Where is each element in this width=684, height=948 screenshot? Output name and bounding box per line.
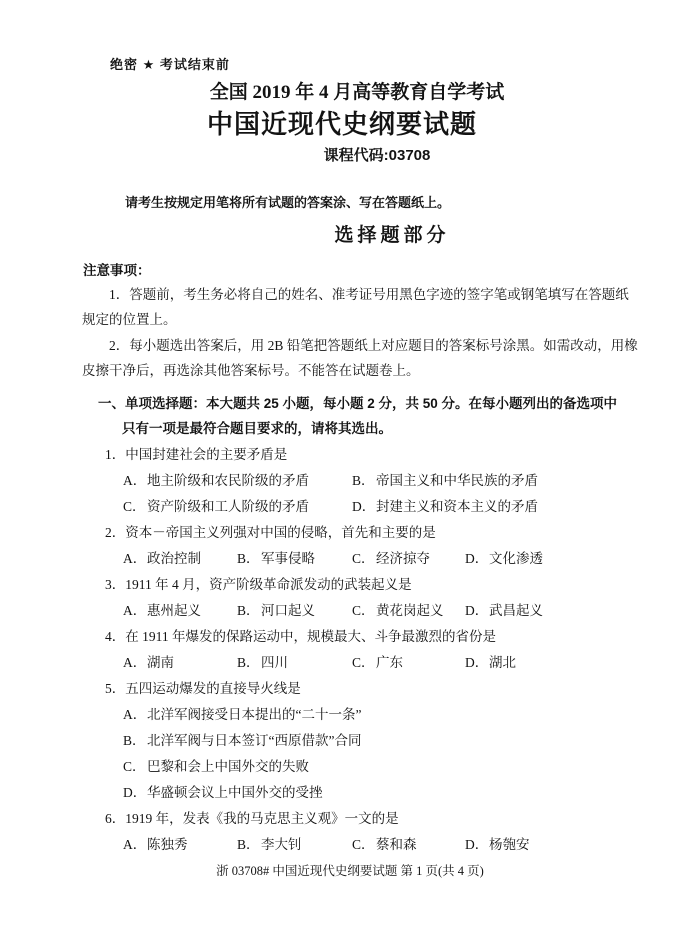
paper-title: 中国近现代史纲要试题 <box>0 108 684 140</box>
option: A．政治控制 <box>123 546 237 572</box>
question-stem: 五四运动爆发的直接导火线是 <box>125 681 301 696</box>
option-text: 华盛顿会议上中国外交的受挫 <box>147 785 323 800</box>
question-stem-line: 2．资本－帝国主义列强对中国的侵略，首先和主要的是 <box>105 520 684 546</box>
instruction-item: 1．答题前，考生务必将自己的姓名、准考证号用黑色字迹的签字笔或钢笔填写在答题纸规… <box>82 282 684 333</box>
option-label: D． <box>465 832 489 858</box>
option: C．黄花岗起义 <box>352 598 465 624</box>
option-label: C． <box>123 494 147 520</box>
option: C．巴黎和会上中国外交的失败 <box>123 754 684 780</box>
option: D．杨匏安 <box>465 832 684 858</box>
classification-label: 绝密 ★ 考试结束前 <box>110 57 684 73</box>
question-number: 2． <box>105 520 125 546</box>
option-label: B． <box>237 832 261 858</box>
option: A．惠州起义 <box>123 598 237 624</box>
question-stem: 1911 年 4 月，资产阶级革命派发动的武装起义是 <box>125 577 411 592</box>
option: C．蔡和森 <box>352 832 465 858</box>
option-label: C． <box>352 650 376 676</box>
question: 1．中国封建社会的主要矛盾是A．地主阶级和农民阶级的矛盾B．帝国主义和中华民族的… <box>105 442 684 520</box>
option-text: 经济掠夺 <box>376 551 430 566</box>
question-stem-line: 3．1911 年 4 月，资产阶级革命派发动的武装起义是 <box>105 572 684 598</box>
instructions-heading: 注意事项： <box>83 262 684 280</box>
option-text: 蔡和森 <box>376 837 417 852</box>
option-label: B． <box>352 468 376 494</box>
option: B．北洋军阀与日本签订“西原借款”合同 <box>123 728 684 754</box>
option: B．李大钊 <box>237 832 352 858</box>
question-stem: 资本－帝国主义列强对中国的侵略，首先和主要的是 <box>125 525 436 540</box>
option: A．地主阶级和农民阶级的矛盾 <box>123 468 352 494</box>
part-one-heading: 一、单项选择题：本大题共 25 小题，每小题 2 分，共 50 分。在每小题列出… <box>98 391 684 442</box>
option-text: 惠州起义 <box>147 603 201 618</box>
question-stem: 在 1911 年爆发的保路运动中，规模最大、斗争最激烈的省份是 <box>125 629 496 644</box>
option-label: D． <box>465 546 489 572</box>
question-number: 3． <box>105 572 125 598</box>
question: 4．在 1911 年爆发的保路运动中，规模最大、斗争最激烈的省份是A．湖南B．四… <box>105 624 684 676</box>
option-label: D． <box>123 780 147 806</box>
question-stem: 中国封建社会的主要矛盾是 <box>125 447 287 462</box>
option: D．湖北 <box>465 650 684 676</box>
option: D．华盛顿会议上中国外交的受挫 <box>123 780 684 806</box>
instruction-line: 1．答题前，考生务必将自己的姓名、准考证号用黑色字迹的签字笔或钢笔填写在答题纸 <box>82 282 684 307</box>
option-label: C． <box>352 598 376 624</box>
part-one-heading-line: 一、单项选择题：本大题共 25 小题，每小题 2 分，共 50 分。在每小题列出… <box>98 391 684 417</box>
option: A．湖南 <box>123 650 237 676</box>
instruction-line: 皮擦干净后，再选涂其他答案标号。不能答在试题卷上。 <box>82 358 684 383</box>
course-code: 课程代码:03708 <box>35 146 684 166</box>
option-text: 军事侵略 <box>261 551 315 566</box>
option-label: C． <box>352 832 376 858</box>
option-label: B． <box>237 598 261 624</box>
option-label: D． <box>352 494 376 520</box>
option: B．帝国主义和中华民族的矛盾 <box>352 468 684 494</box>
option-label: C． <box>352 546 376 572</box>
option-label: A． <box>123 832 147 858</box>
option: C．经济掠夺 <box>352 546 465 572</box>
part-one-heading-line: 只有一项是最符合题目要求的，请将其选出。 <box>98 416 684 442</box>
option-text: 帝国主义和中华民族的矛盾 <box>376 473 538 488</box>
question-number: 1． <box>105 442 125 468</box>
options-group: A．湖南B．四川C．广东D．湖北 <box>123 650 684 676</box>
option-text: 湖北 <box>489 655 516 670</box>
options-group: A．陈独秀B．李大钊C．蔡和森D．杨匏安 <box>123 832 684 858</box>
option-label: D． <box>465 650 489 676</box>
question: 5．五四运动爆发的直接导火线是A．北洋军阀接受日本提出的“二十一条”B．北洋军阀… <box>105 676 684 806</box>
question-stem: 1919 年，发表《我的马克思主义观》一文的是 <box>125 811 398 826</box>
option-text: 地主阶级和农民阶级的矛盾 <box>147 473 309 488</box>
option-text: 四川 <box>261 655 288 670</box>
section-title: 选择题部分 <box>50 223 684 249</box>
option-text: 政治控制 <box>147 551 201 566</box>
questions-list: 1．中国封建社会的主要矛盾是A．地主阶级和农民阶级的矛盾B．帝国主义和中华民族的… <box>105 442 684 858</box>
option-text: 黄花岗起义 <box>376 603 444 618</box>
option-label: C． <box>123 754 147 780</box>
option-label: B． <box>237 650 261 676</box>
exam-paper-page: 绝密 ★ 考试结束前 全国 2019 年 4 月高等教育自学考试 中国近现代史纲… <box>0 0 684 948</box>
option-text: 广东 <box>376 655 403 670</box>
question-number: 6． <box>105 806 125 832</box>
option-text: 封建主义和资本主义的矛盾 <box>376 499 538 514</box>
question-stem-line: 4．在 1911 年爆发的保路运动中，规模最大、斗争最激烈的省份是 <box>105 624 684 650</box>
option: C．广东 <box>352 650 465 676</box>
instruction-line: 规定的位置上。 <box>82 307 684 332</box>
exam-session-title: 全国 2019 年 4 月高等教育自学考试 <box>15 81 684 105</box>
option-label: B． <box>237 546 261 572</box>
option-text: 陈独秀 <box>147 837 188 852</box>
option-text: 资产阶级和工人阶级的矛盾 <box>147 499 309 514</box>
option: A．北洋军阀接受日本提出的“二十一条” <box>123 702 684 728</box>
page-footer: 浙 03708# 中国近现代史纲要试题 第 1 页(共 4 页) <box>8 863 684 880</box>
option: A．陈独秀 <box>123 832 237 858</box>
option: D．文化渗透 <box>465 546 684 572</box>
option-text: 杨匏安 <box>489 837 530 852</box>
option-label: A． <box>123 468 147 494</box>
question: 2．资本－帝国主义列强对中国的侵略，首先和主要的是A．政治控制B．军事侵略C．经… <box>105 520 684 572</box>
answer-sheet-notice: 请考生按规定用笔将所有试题的答案涂、写在答题纸上。 <box>125 194 684 212</box>
options-group: A．惠州起义B．河口起义C．黄花岗起义D．武昌起义 <box>123 598 684 624</box>
instruction-item: 2．每小题选出答案后，用 2B 铅笔把答题纸上对应题目的答案标号涂黑。如需改动，… <box>82 333 684 384</box>
option: C．资产阶级和工人阶级的矛盾 <box>123 494 352 520</box>
option-text: 巴黎和会上中国外交的失败 <box>147 759 309 774</box>
options-group: A．北洋军阀接受日本提出的“二十一条”B．北洋军阀与日本签订“西原借款”合同C．… <box>123 702 684 806</box>
option-text: 北洋军阀接受日本提出的“二十一条” <box>147 707 361 722</box>
option-text: 武昌起义 <box>489 603 543 618</box>
option-label: A． <box>123 598 147 624</box>
option-text: 文化渗透 <box>489 551 543 566</box>
question: 6．1919 年，发表《我的马克思主义观》一文的是A．陈独秀B．李大钊C．蔡和森… <box>105 806 684 858</box>
option: B．河口起义 <box>237 598 352 624</box>
question-stem-line: 1．中国封建社会的主要矛盾是 <box>105 442 684 468</box>
option-text: 李大钊 <box>261 837 302 852</box>
option: D．武昌起义 <box>465 598 684 624</box>
question: 3．1911 年 4 月，资产阶级革命派发动的武装起义是A．惠州起义B．河口起义… <box>105 572 684 624</box>
question-number: 5． <box>105 676 125 702</box>
option-text: 湖南 <box>147 655 174 670</box>
option-label: A． <box>123 546 147 572</box>
option-label: A． <box>123 702 147 728</box>
option-label: B． <box>123 728 147 754</box>
option-label: D． <box>465 598 489 624</box>
question-stem-line: 5．五四运动爆发的直接导火线是 <box>105 676 684 702</box>
instruction-line: 2．每小题选出答案后，用 2B 铅笔把答题纸上对应题目的答案标号涂黑。如需改动，… <box>82 333 684 358</box>
option: B．四川 <box>237 650 352 676</box>
option-text: 北洋军阀与日本签订“西原借款”合同 <box>147 733 361 748</box>
question-number: 4． <box>105 624 125 650</box>
option: D．封建主义和资本主义的矛盾 <box>352 494 684 520</box>
option-label: A． <box>123 650 147 676</box>
question-stem-line: 6．1919 年，发表《我的马克思主义观》一文的是 <box>105 806 684 832</box>
option-text: 河口起义 <box>261 603 315 618</box>
option: B．军事侵略 <box>237 546 352 572</box>
options-group: A．政治控制B．军事侵略C．经济掠夺D．文化渗透 <box>123 546 684 572</box>
options-group: A．地主阶级和农民阶级的矛盾B．帝国主义和中华民族的矛盾C．资产阶级和工人阶级的… <box>123 468 684 520</box>
instructions-list: 1．答题前，考生务必将自己的姓名、准考证号用黑色字迹的签字笔或钢笔填写在答题纸规… <box>82 282 684 384</box>
